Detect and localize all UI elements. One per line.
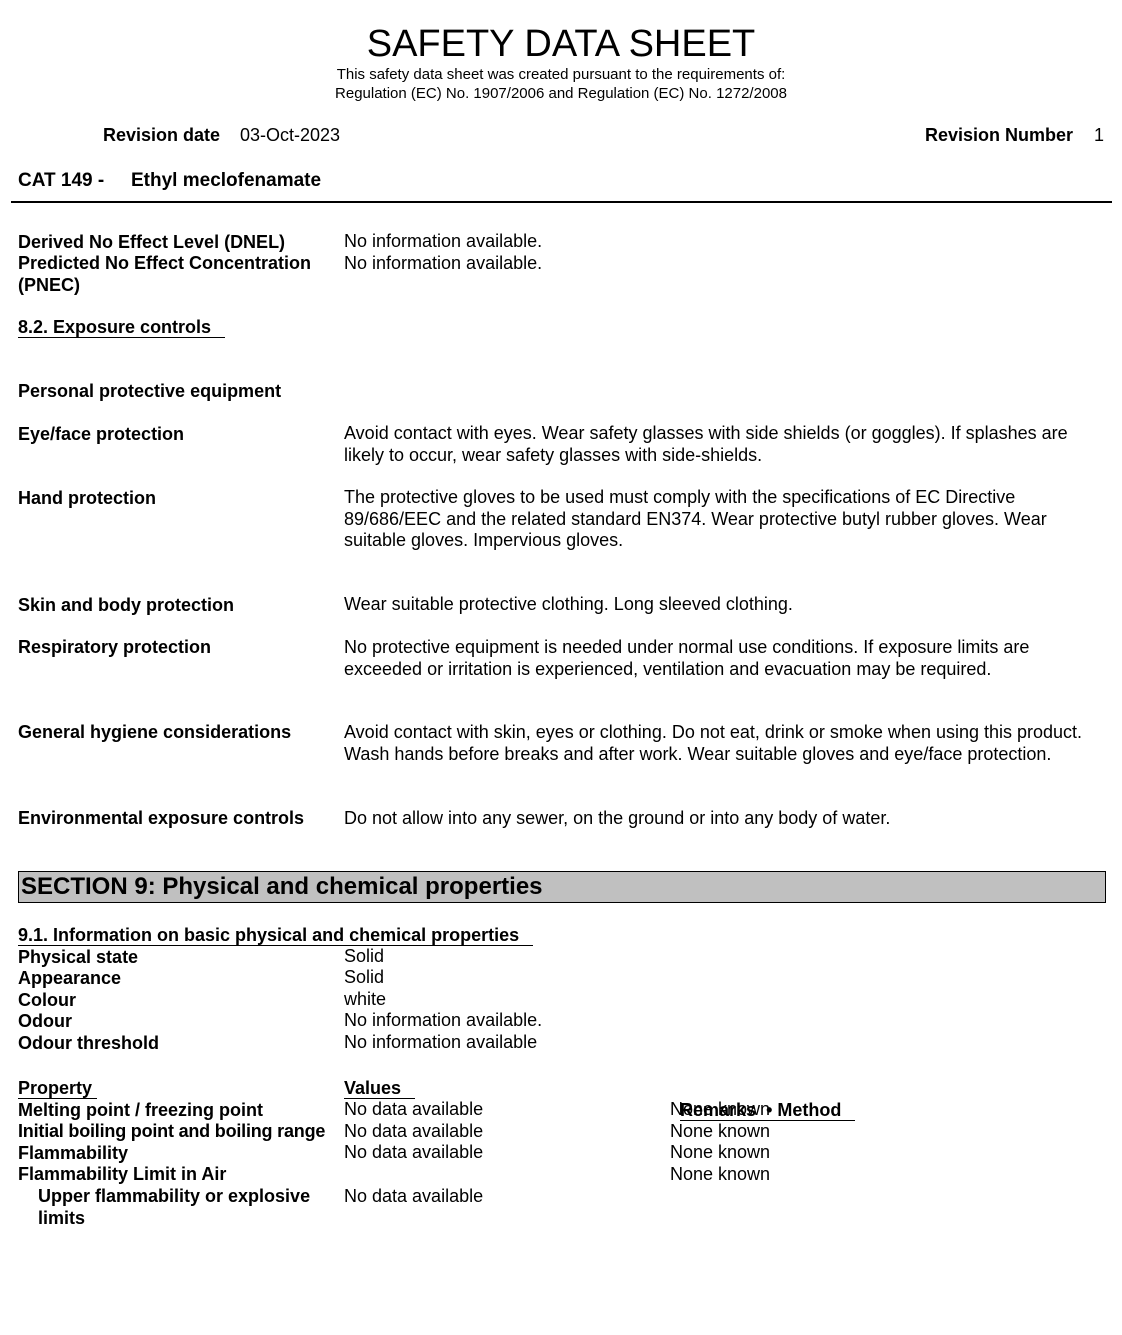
pnec-value: No information available.	[344, 253, 542, 275]
colour-value: white	[344, 989, 386, 1011]
dnel-label: Derived No Effect Level (DNEL)	[18, 232, 285, 254]
exposure-controls-heading-text: 8.2. Exposure controls	[18, 317, 225, 338]
upper-flammability-label-line1: Upper flammability or explosive	[38, 1186, 310, 1208]
eye-face-protection-label: Eye/face protection	[18, 424, 184, 446]
melting-point-value: No data available	[344, 1099, 483, 1121]
appearance-label: Appearance	[18, 968, 121, 990]
revision-number-value: 1	[1094, 125, 1104, 147]
upper-flammability-label-line2: limits	[38, 1208, 85, 1230]
boiling-point-remarks: None known	[670, 1121, 770, 1143]
flammability-remarks: None known	[670, 1142, 770, 1164]
revision-date-label: Revision date	[103, 125, 220, 147]
flammability-limit-label: Flammability Limit in Air	[18, 1164, 226, 1186]
respiratory-protection-text: No protective equipment is needed under …	[344, 637, 1104, 680]
upper-flammability-value: No data available	[344, 1186, 483, 1208]
flammability-limit-remarks: None known	[670, 1164, 770, 1186]
values-column-header: Values	[344, 1078, 415, 1100]
melting-point-label: Melting point / freezing point	[18, 1100, 263, 1122]
exposure-controls-heading: 8.2. Exposure controls	[18, 317, 225, 339]
pnec-label-line1: Predicted No Effect Concentration	[18, 253, 311, 275]
hand-protection-text: The protective gloves to be used must co…	[344, 487, 1104, 552]
colour-label: Colour	[18, 990, 76, 1012]
document-title: SAFETY DATA SHEET	[0, 22, 1122, 66]
flammability-value: No data available	[344, 1142, 483, 1164]
physical-state-label: Physical state	[18, 947, 138, 969]
general-hygiene-text: Avoid contact with skin, eyes or clothin…	[344, 722, 1104, 765]
hand-protection-label: Hand protection	[18, 488, 156, 510]
section-9-header: SECTION 9: Physical and chemical propert…	[18, 871, 1106, 903]
product-name: Ethyl meclofenamate	[131, 170, 321, 192]
flammability-label: Flammability	[18, 1143, 128, 1165]
revision-number-label: Revision Number	[925, 125, 1073, 147]
odour-threshold-label: Odour threshold	[18, 1033, 159, 1055]
basic-properties-heading-text: 9.1. Information on basic physical and c…	[18, 925, 533, 946]
dnel-value: No information available.	[344, 231, 542, 253]
values-header-text: Values	[344, 1078, 415, 1099]
property-column-header: Property	[18, 1078, 97, 1100]
environmental-exposure-text: Do not allow into any sewer, on the grou…	[344, 808, 1104, 830]
pnec-label-line2: (PNEC)	[18, 275, 80, 297]
ppe-heading: Personal protective equipment	[18, 381, 281, 403]
boiling-point-value: No data available	[344, 1121, 483, 1143]
basic-properties-heading: 9.1. Information on basic physical and c…	[18, 925, 533, 947]
revision-date-value: 03-Oct-2023	[240, 125, 340, 147]
skin-body-protection-label: Skin and body protection	[18, 595, 234, 617]
odour-value: No information available.	[344, 1010, 542, 1032]
respiratory-protection-label: Respiratory protection	[18, 637, 211, 659]
melting-point-remarks: None known	[670, 1099, 770, 1121]
regulation-note-line1: This safety data sheet was created pursu…	[0, 65, 1122, 84]
boiling-point-label: Initial boiling point and boiling range	[18, 1121, 325, 1143]
odour-label: Odour	[18, 1011, 72, 1033]
property-header-text: Property	[18, 1078, 97, 1099]
appearance-value: Solid	[344, 967, 384, 989]
physical-state-value: Solid	[344, 946, 384, 968]
skin-body-protection-text: Wear suitable protective clothing. Long …	[344, 594, 1104, 616]
environmental-exposure-label: Environmental exposure controls	[18, 808, 304, 830]
regulation-note-line2: Regulation (EC) No. 1907/2006 and Regula…	[0, 84, 1122, 103]
product-code: CAT 149 -	[18, 170, 104, 192]
header-divider	[11, 201, 1112, 203]
eye-face-protection-text: Avoid contact with eyes. Wear safety gla…	[344, 423, 1104, 466]
general-hygiene-label: General hygiene considerations	[18, 722, 291, 744]
odour-threshold-value: No information available	[344, 1032, 537, 1054]
